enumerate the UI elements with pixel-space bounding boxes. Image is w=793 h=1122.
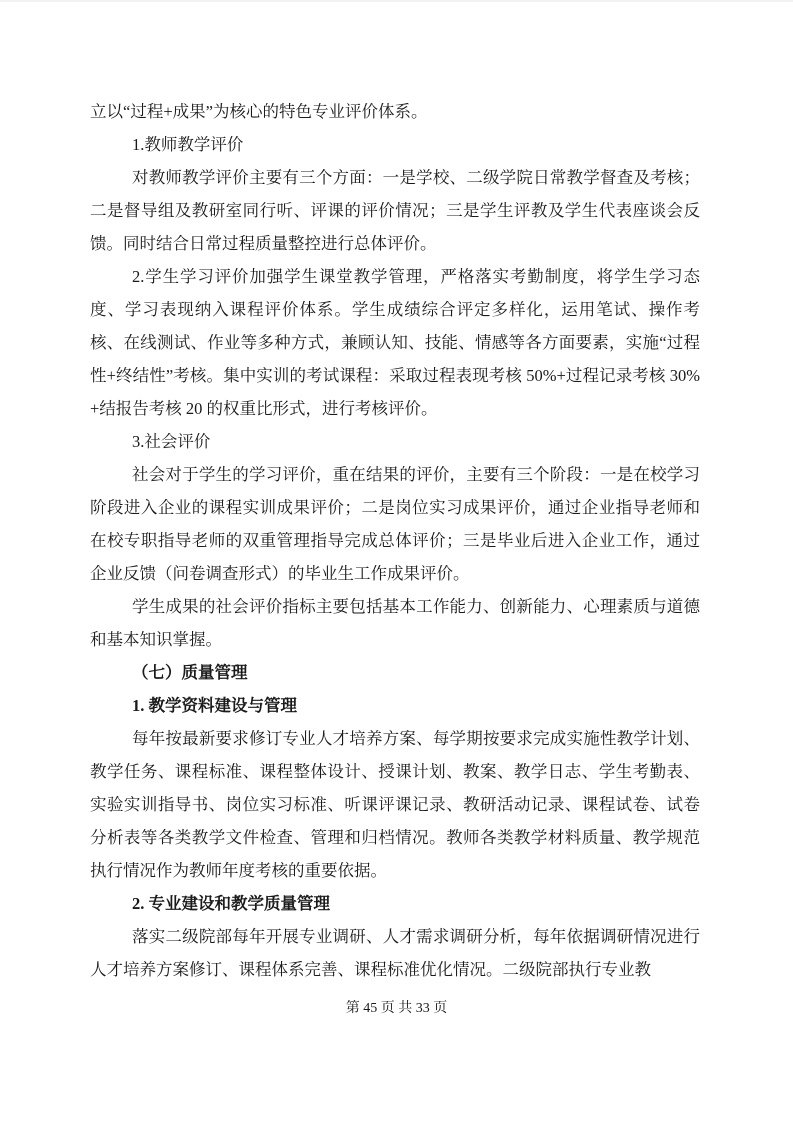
paragraph-student-learning-evaluation: 2.学生学习评价加强学生课堂教学管理，严格落实考勤制度，将学生学习态度、学习表现… (90, 260, 700, 425)
document-page: 立以“过程+成果”为核心的特色专业评价体系。 1.教师教学评价 对教师教学评价主… (0, 0, 793, 1122)
item-social-evaluation: 3.社会评价 (90, 425, 700, 458)
paragraph-professional-construction-detail: 落实二级院部每年开展专业调研、人才需求调研分析，每年依据调研情况进行人才培养方案… (90, 920, 700, 986)
heading-quality-management: （七）质量管理 (90, 656, 700, 689)
paragraph-teaching-materials-detail: 每年按最新要求修订专业人才培养方案、每学期按要求完成实施性教学计划、教学任务、课… (90, 722, 700, 887)
paragraph-social-evaluation-stages: 社会对于学生的学习评价，重在结果的评价，主要有三个阶段：一是在校学习阶段进入企业… (90, 458, 700, 590)
paragraph-social-evaluation-indicators: 学生成果的社会评价指标主要包括基本工作能力、创新能力、心理素质与道德和基本知识掌… (90, 590, 700, 656)
paragraph-teacher-evaluation-detail: 对教师教学评价主要有三个方面：一是学校、二级学院日常教学督查及考核；二是督导组及… (90, 161, 700, 260)
document-body: 立以“过程+成果”为核心的特色专业评价体系。 1.教师教学评价 对教师教学评价主… (0, 2, 793, 986)
page-number-label: 第 45 页 共 33 页 (346, 1001, 448, 1016)
item-teacher-teaching-evaluation: 1.教师教学评价 (90, 128, 700, 161)
heading-teaching-materials-management: 1. 教学资料建设与管理 (90, 689, 700, 722)
paragraph-evaluation-system-tail: 立以“过程+成果”为核心的特色专业评价体系。 (90, 95, 700, 128)
page-footer: 第 45 页 共 33 页 (0, 997, 793, 1017)
heading-professional-construction-quality: 2. 专业建设和教学质量管理 (90, 887, 700, 920)
